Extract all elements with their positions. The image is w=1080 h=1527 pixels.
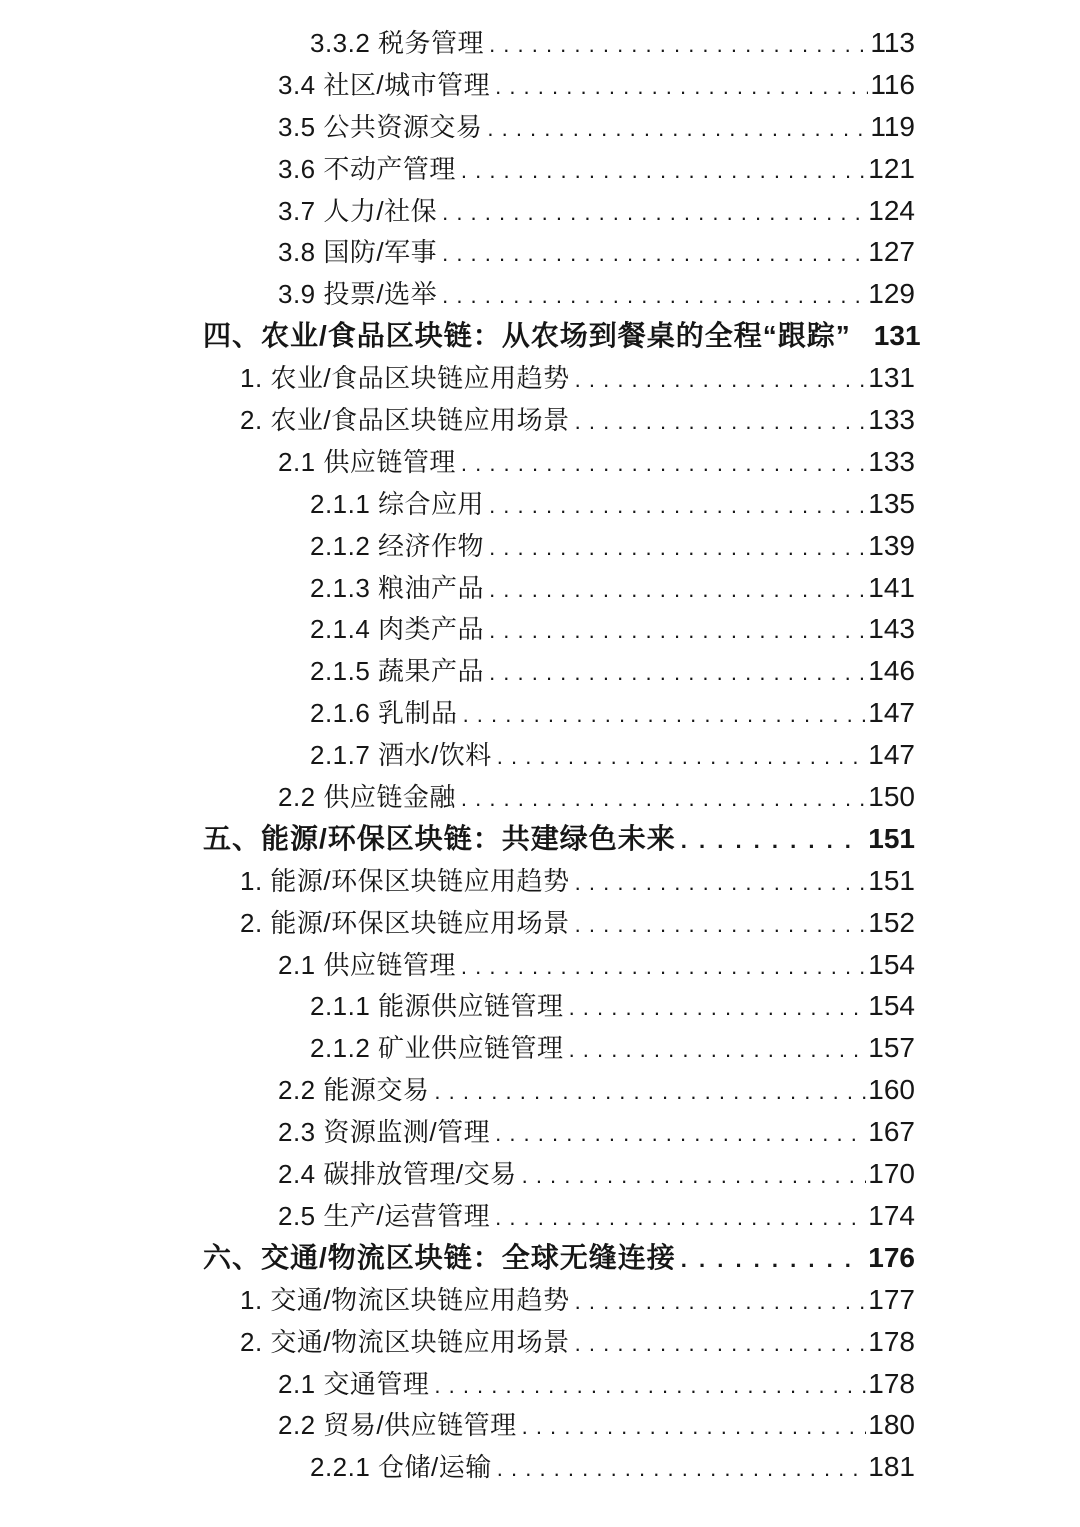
toc-entry[interactable]: 3.7 人力/社保 . . . . . . . . . . . . . . . … [203,190,915,232]
toc-entry-label: 2.2 贸易/供应链管理 [278,1405,517,1447]
toc-entry-label: 2. 能源/环保区块链应用场景 [240,903,570,945]
toc-entry-label: 2.5 生产/运营管理 [278,1196,490,1238]
toc-entry-label: 2. 农业/食品区块链应用场景 [240,400,570,442]
toc-entry[interactable]: 1. 农业/食品区块链应用趋势 . . . . . . . . . . . . … [203,357,915,399]
toc-entry-page-number: 151 [868,818,915,860]
dot-leader: . . . . . . . . . . . . . . . . . . . . … [461,443,866,485]
toc-entry[interactable]: 2.1 供应链管理 . . . . . . . . . . . . . . . … [203,441,915,483]
toc-entry-label: 2.1.1 能源供应链管理 [310,986,564,1028]
toc-entry[interactable]: 3.9 投票/选举 . . . . . . . . . . . . . . . … [203,273,915,315]
toc-entry-page-number: 141 [868,567,915,609]
toc-entry[interactable]: 2.4 碳排放管理/交易 . . . . . . . . . . . . . .… [203,1153,915,1195]
dot-leader: . . . . . . . . . . . . . . . . . . . . … [575,401,867,443]
dot-leader: . . . . . . . . . . . . . . . . . . . . … [489,485,866,527]
dot-leader: . . . . . . . . . . . . . . . . . . . . … [575,904,867,946]
toc-entry[interactable]: 2.1.5 蔬果产品 . . . . . . . . . . . . . . .… [203,650,915,692]
toc-entry-page-number: 139 [868,525,915,567]
toc-entry[interactable]: 2.1.4 肉类产品 . . . . . . . . . . . . . . .… [203,608,915,650]
toc-entry-label: 2.3 资源监测/管理 [278,1112,490,1154]
dot-leader: . . . . . . . . . . . . . . . . . . . . … [487,108,868,150]
toc-entry[interactable]: 3.8 国防/军事 . . . . . . . . . . . . . . . … [203,231,915,273]
toc-entry-page-number: 170 [868,1153,915,1195]
toc-entry[interactable]: 2.2 供应链金融 . . . . . . . . . . . . . . . … [203,776,915,818]
toc-entry-page-number: 147 [868,692,915,734]
toc-entry-label: 四、农业/食品区块链：从农场到餐桌的全程“跟踪” [203,315,851,357]
toc-entry[interactable]: 3.6 不动产管理 . . . . . . . . . . . . . . . … [203,148,915,190]
dot-leader: . . . . . . . . . . . . . . . . . . . . … [461,778,866,820]
toc-entry-label: 2.1.2 经济作物 [310,526,484,568]
toc-entry[interactable]: 2.1.2 矿业供应链管理 . . . . . . . . . . . . . … [203,1027,915,1069]
toc-entry-page-number: 167 [868,1111,915,1153]
dot-leader: . . . . . . . . . . . . . . . . . . . . … [681,820,851,862]
dot-leader: . . . . . . . . . . . . . . . . . . . . … [575,359,867,401]
dot-leader: . . . . . . . . . . . . . . . . . . . . … [569,987,867,1029]
toc-entry[interactable]: 1. 交通/物流区块链应用趋势 . . . . . . . . . . . . … [203,1279,915,1321]
toc-entry-label: 2.2 能源交易 [278,1070,429,1112]
toc-entry-page-number: 135 [868,483,915,525]
toc-entry-page-number: 154 [868,944,915,986]
toc-entry[interactable]: 五、能源/环保区块链：共建绿色未来 . . . . . . . . . . . … [203,818,915,860]
toc-entry-page-number: 160 [868,1069,915,1111]
toc-entry-page-number: 178 [868,1363,915,1405]
toc-entry[interactable]: 2.2.1 仓储/运输 . . . . . . . . . . . . . . … [203,1446,915,1488]
toc-entry[interactable]: 2. 能源/环保区块链应用场景 . . . . . . . . . . . . … [203,902,915,944]
toc-entry-label: 3.6 不动产管理 [278,149,456,191]
dot-leader: . . . . . . . . . . . . . . . . . . . . … [522,1155,867,1197]
toc-entry-label: 3.4 社区/城市管理 [278,65,490,107]
toc-entry-page-number: 151 [868,860,915,902]
table-of-contents: 3.3.2 税务管理 . . . . . . . . . . . . . . .… [203,22,915,1488]
toc-entry-page-number: 177 [868,1279,915,1321]
toc-entry-label: 2.1.7 酒水/饮料 [310,735,492,777]
toc-entry-label: 2.4 碳排放管理/交易 [278,1154,517,1196]
toc-entry[interactable]: 2.1 供应链管理 . . . . . . . . . . . . . . . … [203,944,915,986]
toc-entry-label: 3.7 人力/社保 [278,191,437,233]
toc-entry[interactable]: 2. 农业/食品区块链应用场景 . . . . . . . . . . . . … [203,399,915,441]
toc-entry[interactable]: 四、农业/食品区块链：从农场到餐桌的全程“跟踪” . . . . . . . .… [203,315,915,357]
toc-entry[interactable]: 1. 能源/环保区块链应用趋势 . . . . . . . . . . . . … [203,860,915,902]
toc-entry-label: 六、交通/物流区块链：全球无缝连接 [203,1237,676,1279]
toc-entry-label: 3.8 国防/军事 [278,232,437,274]
document-page: 3.3.2 税务管理 . . . . . . . . . . . . . . .… [0,0,1080,1527]
toc-entry-label: 2.1 交通管理 [278,1364,429,1406]
dot-leader: . . . . . . . . . . . . . . . . . . . . … [575,862,867,904]
toc-entry-page-number: 116 [870,64,915,106]
toc-entry-page-number: 121 [868,148,915,190]
toc-entry[interactable]: 2.1.3 粮油产品 . . . . . . . . . . . . . . .… [203,567,915,609]
toc-entry[interactable]: 2.1.6 乳制品 . . . . . . . . . . . . . . . … [203,692,915,734]
dot-leader: . . . . . . . . . . . . . . . . . . . . … [575,1281,867,1323]
toc-entry[interactable]: 2.1.7 酒水/饮料 . . . . . . . . . . . . . . … [203,734,915,776]
toc-entry-page-number: 133 [868,399,915,441]
toc-entry[interactable]: 2.2 能源交易 . . . . . . . . . . . . . . . .… [203,1069,915,1111]
toc-entry-label: 2.1.1 综合应用 [310,484,484,526]
toc-entry-page-number: 113 [870,22,915,64]
toc-entry-label: 2.1.2 矿业供应链管理 [310,1028,564,1070]
dot-leader: . . . . . . . . . . . . . . . . . . . . … [461,150,866,192]
toc-entry-label: 1. 农业/食品区块链应用趋势 [240,358,570,400]
toc-entry[interactable]: 六、交通/物流区块链：全球无缝连接 . . . . . . . . . . . … [203,1237,915,1279]
dot-leader: . . . . . . . . . . . . . . . . . . . . … [497,1448,867,1490]
dot-leader: . . . . . . . . . . . . . . . . . . . . … [522,1406,867,1448]
dot-leader: . . . . . . . . . . . . . . . . . . . . … [442,192,866,234]
toc-entry-label: 2.2.1 仓储/运输 [310,1447,492,1489]
toc-entry-label: 2.1 供应链管理 [278,442,456,484]
toc-entry[interactable]: 2.1.1 能源供应链管理 . . . . . . . . . . . . . … [203,985,915,1027]
dot-leader: . . . . . . . . . . . . . . . . . . . . … [489,652,866,694]
toc-entry-page-number: 129 [868,273,915,315]
dot-leader: . . . . . . . . . . . . . . . . . . . . … [489,24,868,66]
toc-entry-page-number: 176 [868,1237,915,1279]
toc-entry[interactable]: 2.2 贸易/供应链管理 . . . . . . . . . . . . . .… [203,1404,915,1446]
toc-entry[interactable]: 2. 交通/物流区块链应用场景 . . . . . . . . . . . . … [203,1321,915,1363]
toc-entry-page-number: 143 [868,608,915,650]
dot-leader: . . . . . . . . . . . . . . . . . . . . … [495,1197,866,1239]
dot-leader: . . . . . . . . . . . . . . . . . . . . … [434,1365,866,1407]
toc-entry-label: 2.1.3 粮油产品 [310,568,484,610]
dot-leader: . . . . . . . . . . . . . . . . . . . . … [442,233,866,275]
toc-entry[interactable]: 2.5 生产/运营管理 . . . . . . . . . . . . . . … [203,1195,915,1237]
toc-entry-label: 五、能源/环保区块链：共建绿色未来 [203,818,676,860]
toc-entry-page-number: 119 [870,106,915,148]
dot-leader: . . . . . . . . . . . . . . . . . . . . … [489,569,866,611]
toc-entry[interactable]: 3.4 社区/城市管理 . . . . . . . . . . . . . . … [203,64,915,106]
toc-entry-page-number: 152 [868,902,915,944]
toc-entry-page-number: 178 [868,1321,915,1363]
toc-entry-label: 3.9 投票/选举 [278,274,437,316]
toc-entry-label: 3.3.2 税务管理 [310,23,484,65]
toc-entry-page-number: 174 [868,1195,915,1237]
toc-entry-label: 2.1.5 蔬果产品 [310,651,484,693]
toc-entry-label: 2.1.6 乳制品 [310,693,458,735]
toc-entry-page-number: 124 [868,190,915,232]
toc-entry[interactable]: 3.3.2 税务管理 . . . . . . . . . . . . . . .… [203,22,915,64]
toc-entry-page-number: 131 [868,357,915,399]
toc-entry-page-number: 157 [868,1027,915,1069]
dot-leader: . . . . . . . . . . . . . . . . . . . . … [681,1239,851,1281]
toc-entry-label: 2.1.4 肉类产品 [310,609,484,651]
toc-entry[interactable]: 2.1.1 综合应用 . . . . . . . . . . . . . . .… [203,483,915,525]
dot-leader: . . . . . . . . . . . . . . . . . . . . … [495,66,868,108]
toc-entry-page-number: 181 [868,1446,915,1488]
toc-entry-page-number: 146 [868,650,915,692]
toc-entry-page-number: 150 [868,776,915,818]
dot-leader: . . . . . . . . . . . . . . . . . . . . … [495,1113,866,1155]
dot-leader: . . . . . . . . . . . . . . . . . . . . … [575,1323,867,1365]
dot-leader: . . . . . . . . . . . . . . . . . . . . … [569,1029,867,1071]
toc-entry-label: 1. 交通/物流区块链应用趋势 [240,1280,570,1322]
toc-entry-label: 2.1 供应链管理 [278,945,456,987]
toc-entry[interactable]: 2.3 资源监测/管理 . . . . . . . . . . . . . . … [203,1111,915,1153]
toc-entry-page-number: 180 [868,1404,915,1446]
toc-entry-label: 3.5 公共资源交易 [278,107,482,149]
dot-leader: . . . . . . . . . . . . . . . . . . . . … [463,694,867,736]
dot-leader: . . . . . . . . . . . . . . . . . . . . … [461,946,866,988]
toc-entry[interactable]: 2.1.2 经济作物 . . . . . . . . . . . . . . .… [203,525,915,567]
toc-entry-page-number: 127 [868,231,915,273]
toc-entry-label: 1. 能源/环保区块链应用趋势 [240,861,570,903]
dot-leader: . . . . . . . . . . . . . . . . . . . . … [489,527,866,569]
dot-leader: . . . . . . . . . . . . . . . . . . . . … [489,610,866,652]
toc-entry[interactable]: 3.5 公共资源交易 . . . . . . . . . . . . . . .… [203,106,915,148]
toc-entry[interactable]: 2.1 交通管理 . . . . . . . . . . . . . . . .… [203,1363,915,1405]
toc-entry-page-number: 133 [868,441,915,483]
toc-entry-page-number: 147 [868,734,915,776]
dot-leader: . . . . . . . . . . . . . . . . . . . . … [434,1071,866,1113]
toc-entry-page-number: 131 [874,315,921,357]
dot-leader: . . . . . . . . . . . . . . . . . . . . … [442,275,866,317]
toc-entry-label: 2. 交通/物流区块链应用场景 [240,1322,570,1364]
toc-entry-label: 2.2 供应链金融 [278,777,456,819]
toc-entry-page-number: 154 [868,985,915,1027]
dot-leader: . . . . . . . . . . . . . . . . . . . . … [497,736,867,778]
